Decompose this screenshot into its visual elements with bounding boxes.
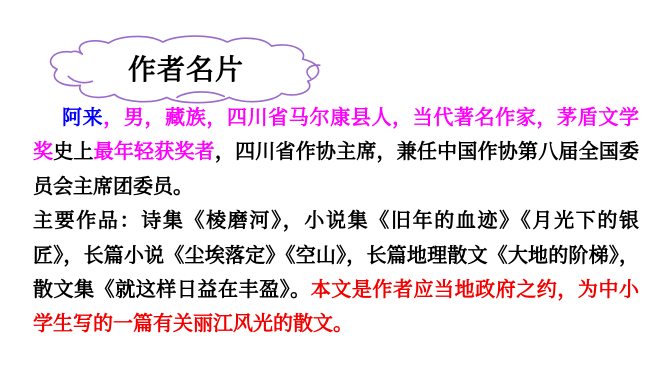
- text-segment: 最年轻获奖者: [94, 141, 215, 163]
- slide: 作者名片 阿来，男，藏族，四川省马尔康县人，当代著名作家，茅盾文学奖史上最年轻获…: [0, 0, 668, 376]
- paragraph-author-intro: 阿来，男，藏族，四川省马尔康县人，当代著名作家，茅盾文学奖史上最年轻获奖者，四川…: [33, 101, 639, 204]
- body-text: 阿来，男，藏族，四川省马尔康县人，当代著名作家，茅盾文学奖史上最年轻获奖者，四川…: [33, 101, 639, 342]
- paragraph-works-intro: 主要作品：诗集《棱磨河》，小说集《旧年的血迹》《月光下的银匠》，长篇小说《尘埃落…: [33, 204, 639, 342]
- text-segment: 史上: [53, 141, 93, 163]
- cloud-callout: 作者名片: [30, 34, 342, 106]
- text-segment: 阿来: [62, 107, 103, 129]
- callout-title: 作者名片: [30, 30, 342, 106]
